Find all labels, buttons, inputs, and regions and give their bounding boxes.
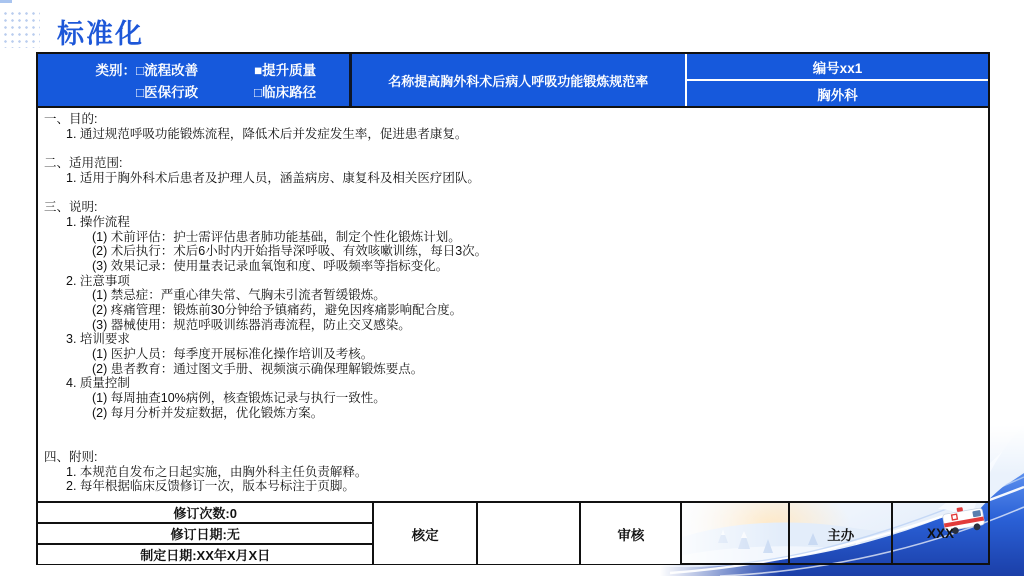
body-line: (2) 疼痛管理：锻炼前30分钟给予镇痛药，避免因疼痛影响配合度。	[42, 303, 982, 318]
review-label: 审核	[579, 503, 680, 564]
review-signature-cell	[680, 503, 788, 564]
body-line: (2) 术后执行：术后6小时内开始指导深呼吸、有效咳嗽训练，每日3次。	[42, 244, 982, 259]
checkbox-item-process: □流程改善	[136, 59, 254, 79]
body-line: 四、附则:	[42, 450, 982, 465]
body-line: 1. 操作流程	[42, 215, 982, 230]
checkbox-checked-icon: ■	[254, 63, 262, 78]
document-name: 名称提高胸外科术后病人呼吸功能锻炼规范率	[349, 54, 685, 106]
checkbox-item-insurance: □医保行政	[136, 81, 254, 101]
slide: 标准化	[0, 0, 1024, 576]
document-body: 一、目的:1. 通过规范呼吸功能锻炼流程，降低术后并发症发生率，促进患者康复。 …	[38, 106, 988, 503]
department-name: 胸外科	[687, 81, 988, 106]
body-line	[42, 141, 982, 156]
checkbox-item-quality: ■提升质量	[254, 59, 349, 79]
body-line: (1) 禁忌症：严重心律失常、气胸未引流者暂缓锻炼。	[42, 288, 982, 303]
body-line: 2. 注意事项	[42, 274, 982, 289]
body-line: 4. 质量控制	[42, 376, 982, 391]
body-line: 1. 适用于胸外科术后患者及护理人员，涵盖病房、康复科及相关医疗团队。	[42, 171, 982, 186]
approval-table: 修订次数:0 修订日期:无 制定日期:XX年X月X日 核定 审核 主办 XXX	[38, 503, 988, 563]
body-line: (3) 效果记录：使用量表记录血氧饱和度、呼吸频率等指标变化。	[42, 259, 982, 274]
body-line: (2) 患者教育：通过图文手册、视频演示确保理解锻炼要点。	[42, 362, 982, 377]
revision-info-cell: 修订次数:0 修订日期:无 制定日期:XX年X月X日	[38, 503, 372, 564]
organizer-signature: XXX	[891, 503, 988, 564]
body-line: 1. 本规范自发布之日起实施，由胸外科主任负责解释。	[42, 465, 982, 480]
body-line: 一、目的:	[42, 112, 982, 127]
category-cell: 类别： □流程改善 ■提升质量 □医保行政 □临床路径	[38, 54, 349, 106]
body-line: (2) 每月分析并发症数据，优化锻炼方案。	[42, 406, 982, 421]
checkbox-item-pathway: □临床路径	[254, 81, 349, 101]
body-line: (1) 每周抽查10%病例，核查锻炼记录与执行一致性。	[42, 391, 982, 406]
body-line	[42, 185, 982, 200]
code-department-cell: 编号xx1 胸外科	[685, 54, 988, 106]
creation-date: 制定日期:XX年X月X日	[38, 545, 372, 564]
document-header: 类别： □流程改善 ■提升质量 □医保行政 □临床路径 名称提高胸外科术后病人呼…	[38, 54, 988, 106]
body-line: (3) 器械使用：规范呼吸训练器消毒流程，防止交叉感染。	[42, 318, 982, 333]
body-line: 二、适用范围:	[42, 156, 982, 171]
body-line: (1) 术前评估：护士需评估患者肺功能基础，制定个性化锻炼计划。	[42, 230, 982, 245]
body-line	[42, 420, 982, 435]
category-label: 类别：	[84, 59, 136, 79]
approve-label: 核定	[372, 503, 476, 564]
body-line: 2. 每年根据临床反馈修订一次，版本号标注于页脚。	[42, 479, 982, 494]
revision-count: 修订次数:0	[38, 503, 372, 524]
revision-date: 修订日期:无	[38, 524, 372, 545]
standard-document: 类别： □流程改善 ■提升质量 □医保行政 □临床路径 名称提高胸外科术后病人呼…	[36, 52, 990, 565]
document-code: 编号xx1	[687, 54, 988, 81]
organizer-label: 主办	[788, 503, 891, 564]
checkbox-unchecked-icon: □	[136, 63, 144, 78]
body-line	[42, 435, 982, 450]
dots-pattern	[2, 10, 40, 48]
body-line: 3. 培训要求	[42, 332, 982, 347]
corner-accent	[0, 0, 12, 3]
page-title: 标准化	[57, 12, 144, 51]
approve-signature-cell	[476, 503, 580, 564]
checkbox-unchecked-icon: □	[254, 85, 262, 100]
body-line: 1. 通过规范呼吸功能锻炼流程，降低术后并发症发生率，促进患者康复。	[42, 127, 982, 142]
body-line: (1) 医护人员：每季度开展标准化操作培训及考核。	[42, 347, 982, 362]
body-line: 三、说明:	[42, 200, 982, 215]
checkbox-unchecked-icon: □	[136, 85, 144, 100]
